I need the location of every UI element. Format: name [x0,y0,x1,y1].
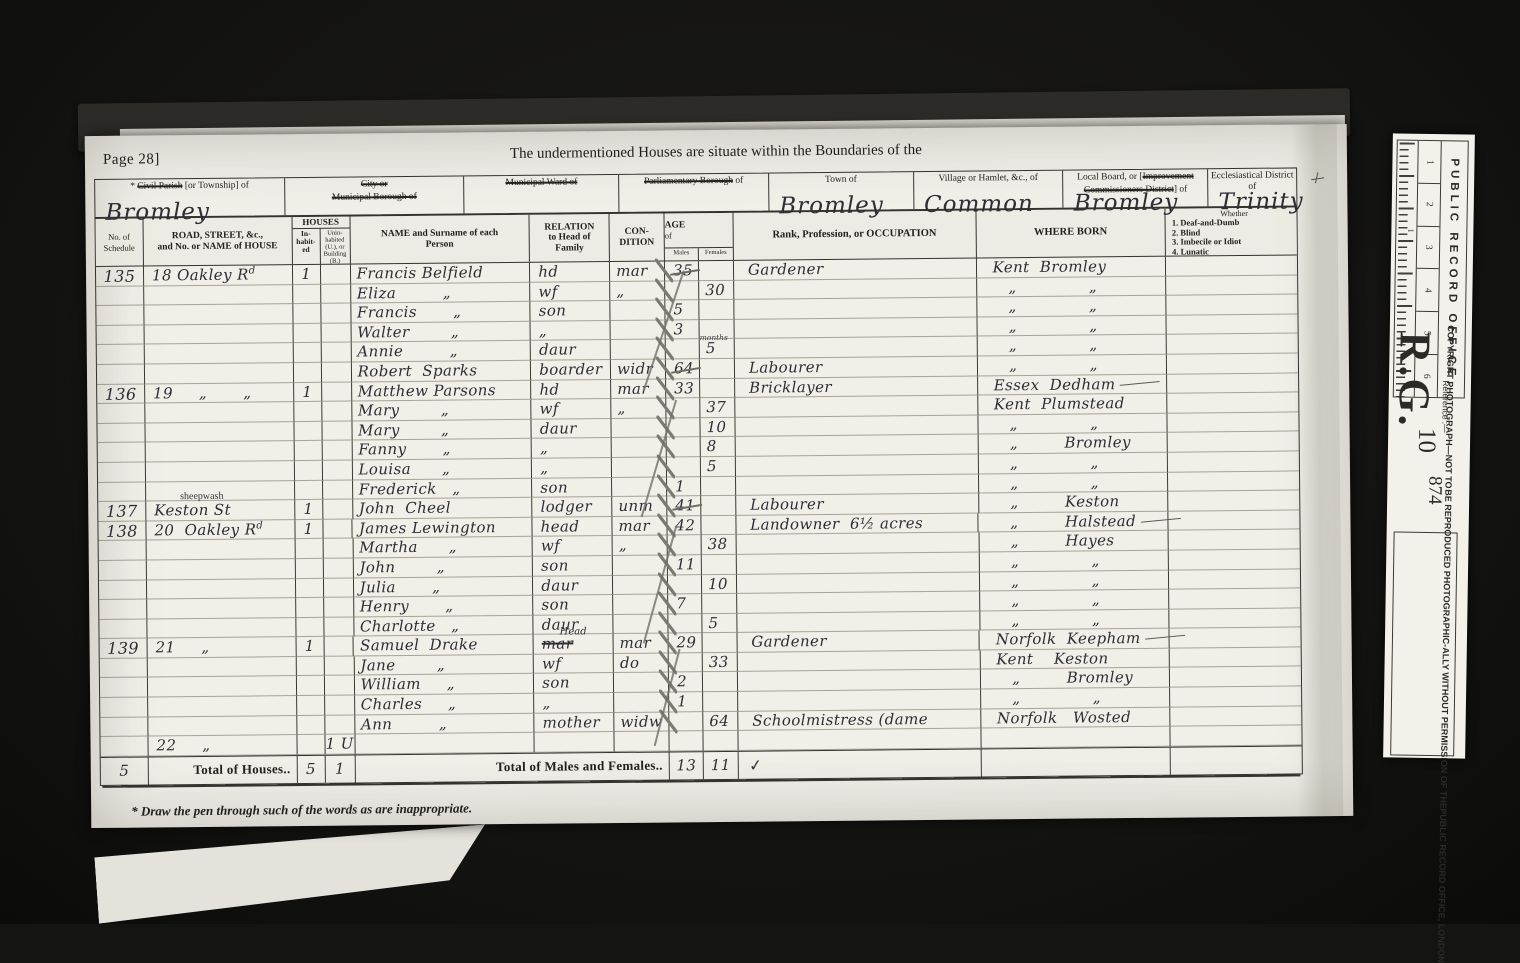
cell-occupation: Labourer [735,356,978,378]
cell-age-female [703,731,738,751]
cell-occupation [736,435,979,457]
cell-age-female [701,516,736,536]
cell-schedule [97,423,145,443]
cell-age-female [703,692,738,712]
cell-age-female [701,496,736,516]
cell-inhabited [294,402,322,422]
cell-uninhabited [323,500,353,520]
cell-uninhabited [323,539,353,559]
cell-uninhabited [325,676,355,696]
cell-uninhabited [321,323,351,343]
cell-relation: hd [531,380,611,400]
cell-condition [615,732,670,752]
cell-road [144,304,293,325]
cell-age-female: 38 [702,535,737,555]
cell-age-female [703,672,738,692]
totals-empty-born [981,748,1171,777]
cell-name: James Lewington [353,518,533,539]
cell-uninhabited [321,343,351,363]
cell-age-female [701,476,736,496]
cell-road [145,363,294,384]
cell-where-born: „ „ [980,590,1170,611]
cell-road [146,461,295,482]
footnote: * Draw the pen through such of the words… [131,800,472,819]
cell-relation: wf [534,654,614,674]
cell-age-female: 8 [701,437,736,457]
cell-relation: daur [532,419,612,439]
cell-inhabited [293,324,321,344]
cell-occupation [738,690,981,712]
cell-occupation [736,454,979,476]
cell-schedule [99,560,147,580]
district-header-row: * Civil Parish [or Township] ofBromleyCi… [94,167,1297,219]
cell-road [148,716,297,737]
cell-schedule: 135 [96,267,144,287]
cell-schedule: 137 [98,502,146,522]
cell-relation: mother [535,713,615,733]
cell-schedule [98,482,146,502]
district-field-5: Village or Hamlet, &c., ofCommon [914,171,1064,209]
cell-uninhabited [322,441,352,461]
total-males: 13 [670,752,704,779]
cell-occupation [738,670,981,692]
cell-inhabited [297,696,325,716]
record-office-ruler-strip: 1 2 1 2 3 4 5 6 PUBLIC RECORD OFFICE Ref… [1383,133,1475,758]
cell-schedule [97,404,145,424]
cell-road: 22 „ [148,735,297,756]
cell-name: Frederick „ [353,478,533,499]
cell-age-female: 64 [703,711,738,731]
cell-occupation: Schoolmistress (dame [738,709,981,731]
cell-inhabited: 1 [295,520,323,540]
cell-where-born: „ Halstead [979,511,1169,532]
col-header-houses: HOUSES In- habit- ed Unin- habited (U.),… [292,217,350,265]
cell-relation: Headmar [534,634,614,654]
cell-age-female [702,594,737,614]
cell-inhabited [294,441,322,461]
cell-occupation [737,592,980,614]
cell-inhabited [295,461,323,481]
cell-relation [535,732,615,752]
cell-where-born: „ Bromley [980,668,1170,689]
cell-occupation [736,474,979,496]
cell-relation: „ [534,693,614,713]
cell-uninhabited [322,460,352,480]
cell-whether [1169,530,1300,551]
cell-road [147,559,296,580]
cell-whether [1169,589,1300,610]
cell-relation: „ [532,458,612,478]
cell-occupation [735,415,978,437]
census-table: No. of Schedule ROAD, STREET, &c., and N… [95,207,1303,785]
cell-uninhabited [324,578,354,598]
cell-inhabited [295,480,323,500]
cell-inhabited [293,304,321,324]
cell-schedule [98,443,146,463]
cell-road: 19 „ „ [145,383,294,404]
cell-name: Charlotte „ [354,615,534,636]
cell-relation: daur [531,340,611,360]
totals-pen-mark: 5 [101,757,149,784]
cell-where-born: „ „ [978,453,1168,474]
cell-inhabited [297,715,325,735]
cell-name: Robert Sparks [351,361,531,382]
total-inhabited: 5 [297,756,325,783]
cell-whether [1170,706,1301,727]
cell-uninhabited [324,598,354,618]
cell-inhabited [297,735,325,755]
cell-uninhabited [322,402,352,422]
cell-name: Eliza „ [351,282,531,303]
cell-name [355,733,535,754]
cell-where-born: Essex Dedham [978,374,1168,395]
cell-inhabited [296,657,324,677]
cell-name: Matthew Parsons [352,380,532,401]
cell-road: 21 „ [147,637,296,658]
cell-whether [1167,373,1298,394]
cell-name: Charles „ [355,694,535,715]
cell-age-female [702,555,737,575]
cell-occupation [734,317,977,339]
cell-occupation: Gardener [737,631,980,653]
cell-road: 18 Oakley Rd [144,265,293,286]
cell-where-born: „ „ [979,570,1169,591]
cell-relation: „ [531,321,611,341]
cell-age-female [699,300,734,320]
cell-name: Mary „ [352,400,532,421]
cell-relation: wf [532,399,612,419]
cell-name: Francis Belfield [351,263,531,284]
totals-check-cell: ✓ [739,749,982,778]
cell-whether [1168,412,1299,433]
cell-uninhabited [324,637,354,657]
cell-schedule [100,698,148,718]
cell-name: Jane „ [354,655,534,676]
cell-inhabited [297,676,325,696]
cell-whether [1168,451,1299,472]
cell-schedule [100,717,148,737]
cell-road [147,618,296,639]
cell-occupation [737,572,980,594]
cell-relation: son [532,478,612,498]
cell-age-female: 10 [700,418,735,438]
cell-schedule [100,678,148,698]
cell-name: John Cheel [353,498,533,519]
cell-road: 20 Oakley Rd [146,520,295,541]
cell-occupation [734,278,977,300]
cell-whether [1167,314,1298,335]
cell-inhabited: 1 [293,265,321,285]
cell-name: Walter „ [351,322,531,343]
page-title: The undermentioned Houses are situate wi… [85,138,1347,167]
cell-name: Henry „ [354,596,534,617]
cell-whether [1168,432,1299,453]
table-body: 13518 Oakley Rd1Francis Belfieldhdmar35G… [96,255,1302,756]
cell-age-female: 30 [699,280,734,300]
cell-age-female: 10 [702,574,737,594]
cell-whether [1167,334,1298,355]
district-value: Bromley [1074,190,1179,217]
cell-uninhabited: 1 U [325,735,355,755]
cell-uninhabited [325,715,355,735]
cell-schedule [99,619,147,639]
cell-relation: son [534,673,614,693]
cell-road [146,441,295,462]
cell-inhabited: 1 [296,637,324,657]
cell-where-born: „ „ [977,315,1167,336]
cell-occupation [735,337,978,359]
cell-inhabited [295,539,323,559]
cell-whether [1169,569,1300,590]
col-header-uninhabited: Unin- habited (U.), or Building (B.) [320,229,349,265]
cell-name: Fanny „ [352,439,532,460]
cell-whether [1168,471,1299,492]
cell-name: Louisa „ [352,459,532,480]
cell-whether [1170,667,1301,688]
cell-where-born: „ „ [980,609,1170,630]
cell-relation: daur [533,576,613,596]
cell-inhabited: 1 [294,382,322,402]
cell-where-born: „ „ [977,276,1167,297]
cell-relation: head [533,517,613,537]
cell-age-female [700,359,735,379]
cell-uninhabited [322,382,352,402]
cell-age-female: 5 [701,457,736,477]
copyright-stamp: COPYRIGHT PHOTOGRAPH—NOT TO BE REPRODUCE… [1390,531,1458,756]
cell-where-born: Kent Plumstead [978,394,1168,415]
cell-uninhabited [321,304,351,324]
cell-uninhabited [322,421,352,441]
cell-where-born: Norfolk Keepham [980,629,1170,650]
cell-whether [1169,510,1300,531]
cell-occupation [737,611,980,633]
cell-whether [1170,628,1301,649]
cell-name: Samuel Drake [354,635,534,656]
cell-whether [1167,295,1298,316]
cell-schedule [98,462,146,482]
cell-road: sheepwashKeston St [146,500,295,521]
cell-inhabited [296,617,324,637]
cell-where-born: „ Keston [979,492,1169,513]
cell-road [145,343,294,364]
cell-uninhabited [323,480,353,500]
cell-age-female: months5 [700,339,735,359]
cell-where-born: „ „ [978,413,1168,434]
cell-name: William „ [354,674,534,695]
cell-where-born: Kent Bromley [976,257,1166,278]
cell-inhabited [293,284,321,304]
cell-age-female: 33 [703,653,738,673]
census-page: Page 28] The undermentioned Houses are s… [85,124,1354,828]
district-value: Bromley [105,199,210,226]
cell-where-born: „ „ [979,472,1169,493]
cell-whether [1166,255,1297,276]
cell-name: Martha „ [353,537,533,558]
cell-road [148,677,297,698]
cell-whether [1170,686,1301,707]
cell-relation: hd [530,262,610,282]
cell-where-born: „ „ [977,296,1167,317]
cell-road [145,402,294,423]
cell-schedule [97,345,145,365]
cell-relation: son [533,595,613,615]
cell-occupation [737,552,980,574]
cell-relation: son [531,301,611,321]
cell-inhabited [296,598,324,618]
cell-relation: wf [533,536,613,556]
cell-uninhabited [321,284,351,304]
cell-uninhabited [325,696,355,716]
cell-where-born: „ „ [977,355,1167,376]
cell-name: Ann „ [355,713,535,734]
pen-mark [1311,172,1325,184]
cell-occupation [738,650,981,672]
cell-road [147,579,296,600]
cell-whether [1169,549,1300,570]
col-header-inhabited: In- habit- ed [292,229,320,265]
cell-road [144,285,293,306]
cell-schedule [100,737,148,757]
district-field-6: Local Board, or [ImprovementCommissioner… [1063,169,1208,207]
cell-uninhabited [322,362,352,382]
cell-inhabited: 1 [295,500,323,520]
cell-where-born: Norfolk Wosted [981,707,1171,728]
cell-where-born: Kent Keston [980,649,1170,670]
cell-schedule [99,541,147,561]
cell-schedule: 138 [98,521,146,541]
cell-relation: son [533,556,613,576]
cell-uninhabited [321,265,351,285]
cell-road [147,598,296,619]
cell-inhabited [294,422,322,442]
cell-schedule: 136 [97,384,145,404]
cell-where-born: „ Hayes [979,531,1169,552]
cell-schedule [96,286,144,306]
cell-inhabited [296,578,324,598]
cell-whether [1166,275,1297,296]
cell-uninhabited [324,656,354,676]
total-of-houses-label: Total of Houses.. [149,756,298,784]
cell-occupation [735,396,978,418]
district-field-0: * Civil Parish [or Township] ofBromley [95,178,285,217]
cell-road [145,422,294,443]
cell-whether [1168,491,1299,512]
col-header-name: NAME and Surname of each Person [350,215,530,264]
cell-age-female [699,261,734,281]
cell-schedule: 139 [100,639,148,659]
cell-whether [1170,647,1301,668]
total-males-females-label: Total of Males and Females.. [355,752,670,782]
cell-relation: „ [532,438,612,458]
cell-occupation [737,533,980,555]
cell-occupation [738,729,981,751]
cell-inhabited [295,559,323,579]
cell-where-born: „ „ [977,335,1167,356]
cell-name: John „ [353,557,533,578]
cell-where-born: „ „ [981,688,1171,709]
cell-age-female: 5 [702,614,737,634]
cell-schedule [97,325,145,345]
district-field-4: Town ofBromley [769,172,914,210]
cell-where-born: „ „ [979,551,1169,572]
col-header-relation: RELATION to Head of Family [530,214,610,262]
cell-road [148,657,297,678]
cell-schedule [100,658,148,678]
cell-schedule [99,580,147,600]
cell-whether [1167,353,1298,374]
cell-schedule [99,600,147,620]
cell-age-female [702,633,737,653]
cell-uninhabited [323,519,353,539]
cell-name: Annie „ [351,341,531,362]
cell-age-female: 37 [700,398,735,418]
cell-road [147,539,296,560]
cell-occupation: Labourer [736,494,979,516]
cell-uninhabited [323,558,353,578]
cell-occupation: Bricklayer [735,376,978,398]
cell-where-born [981,727,1171,748]
cell-inhabited [293,343,321,363]
bottom-sheet-corner [94,824,490,923]
cell-where-born: „ Bromley [978,433,1168,454]
cell-relation: lodger [532,497,612,517]
cell-inhabited [294,363,322,383]
cell-relation: boarder [531,360,611,380]
cell-name: Mary „ [352,420,532,441]
district-field-1: City orMunicipal Borough of [285,176,465,215]
cell-whether [1167,393,1298,414]
cell-occupation: Gardener [734,259,977,281]
district-field-3: Parliamentary Borough of [619,174,769,212]
cell-age-male [670,731,704,751]
district-field-2: Municipal Ward of [465,175,620,213]
cell-occupation: Landowner 6½ acres [736,513,979,535]
cell-occupation [734,298,977,320]
cell-relation: wf [530,282,610,302]
cell-age-female [700,378,735,398]
total-females: 11 [704,752,739,779]
district-value: Trinity [1218,188,1303,215]
district-value: Bromley [779,192,884,219]
cell-uninhabited [324,617,354,637]
total-uninhabited: 1 [325,755,355,782]
col-header-condition: CON- DITION [610,214,665,262]
col-header-age: AGE of Males Females [664,213,733,261]
totals-empty-whether [1171,746,1302,774]
cell-whether [1171,726,1302,747]
district-field-7: Ecclesiastical District ofTrinity [1208,168,1296,206]
cell-whether [1170,608,1301,629]
col-header-females: Females [699,248,733,260]
cell-road [144,324,293,345]
scan-background: Page 28] The undermentioned Houses are s… [0,0,1520,924]
cell-name: Julia „ [354,576,534,597]
cell-schedule [96,306,144,326]
cell-road [148,696,297,717]
cell-schedule [97,364,145,384]
cell-name: Francis „ [351,302,531,323]
district-value: Common [924,191,1034,218]
